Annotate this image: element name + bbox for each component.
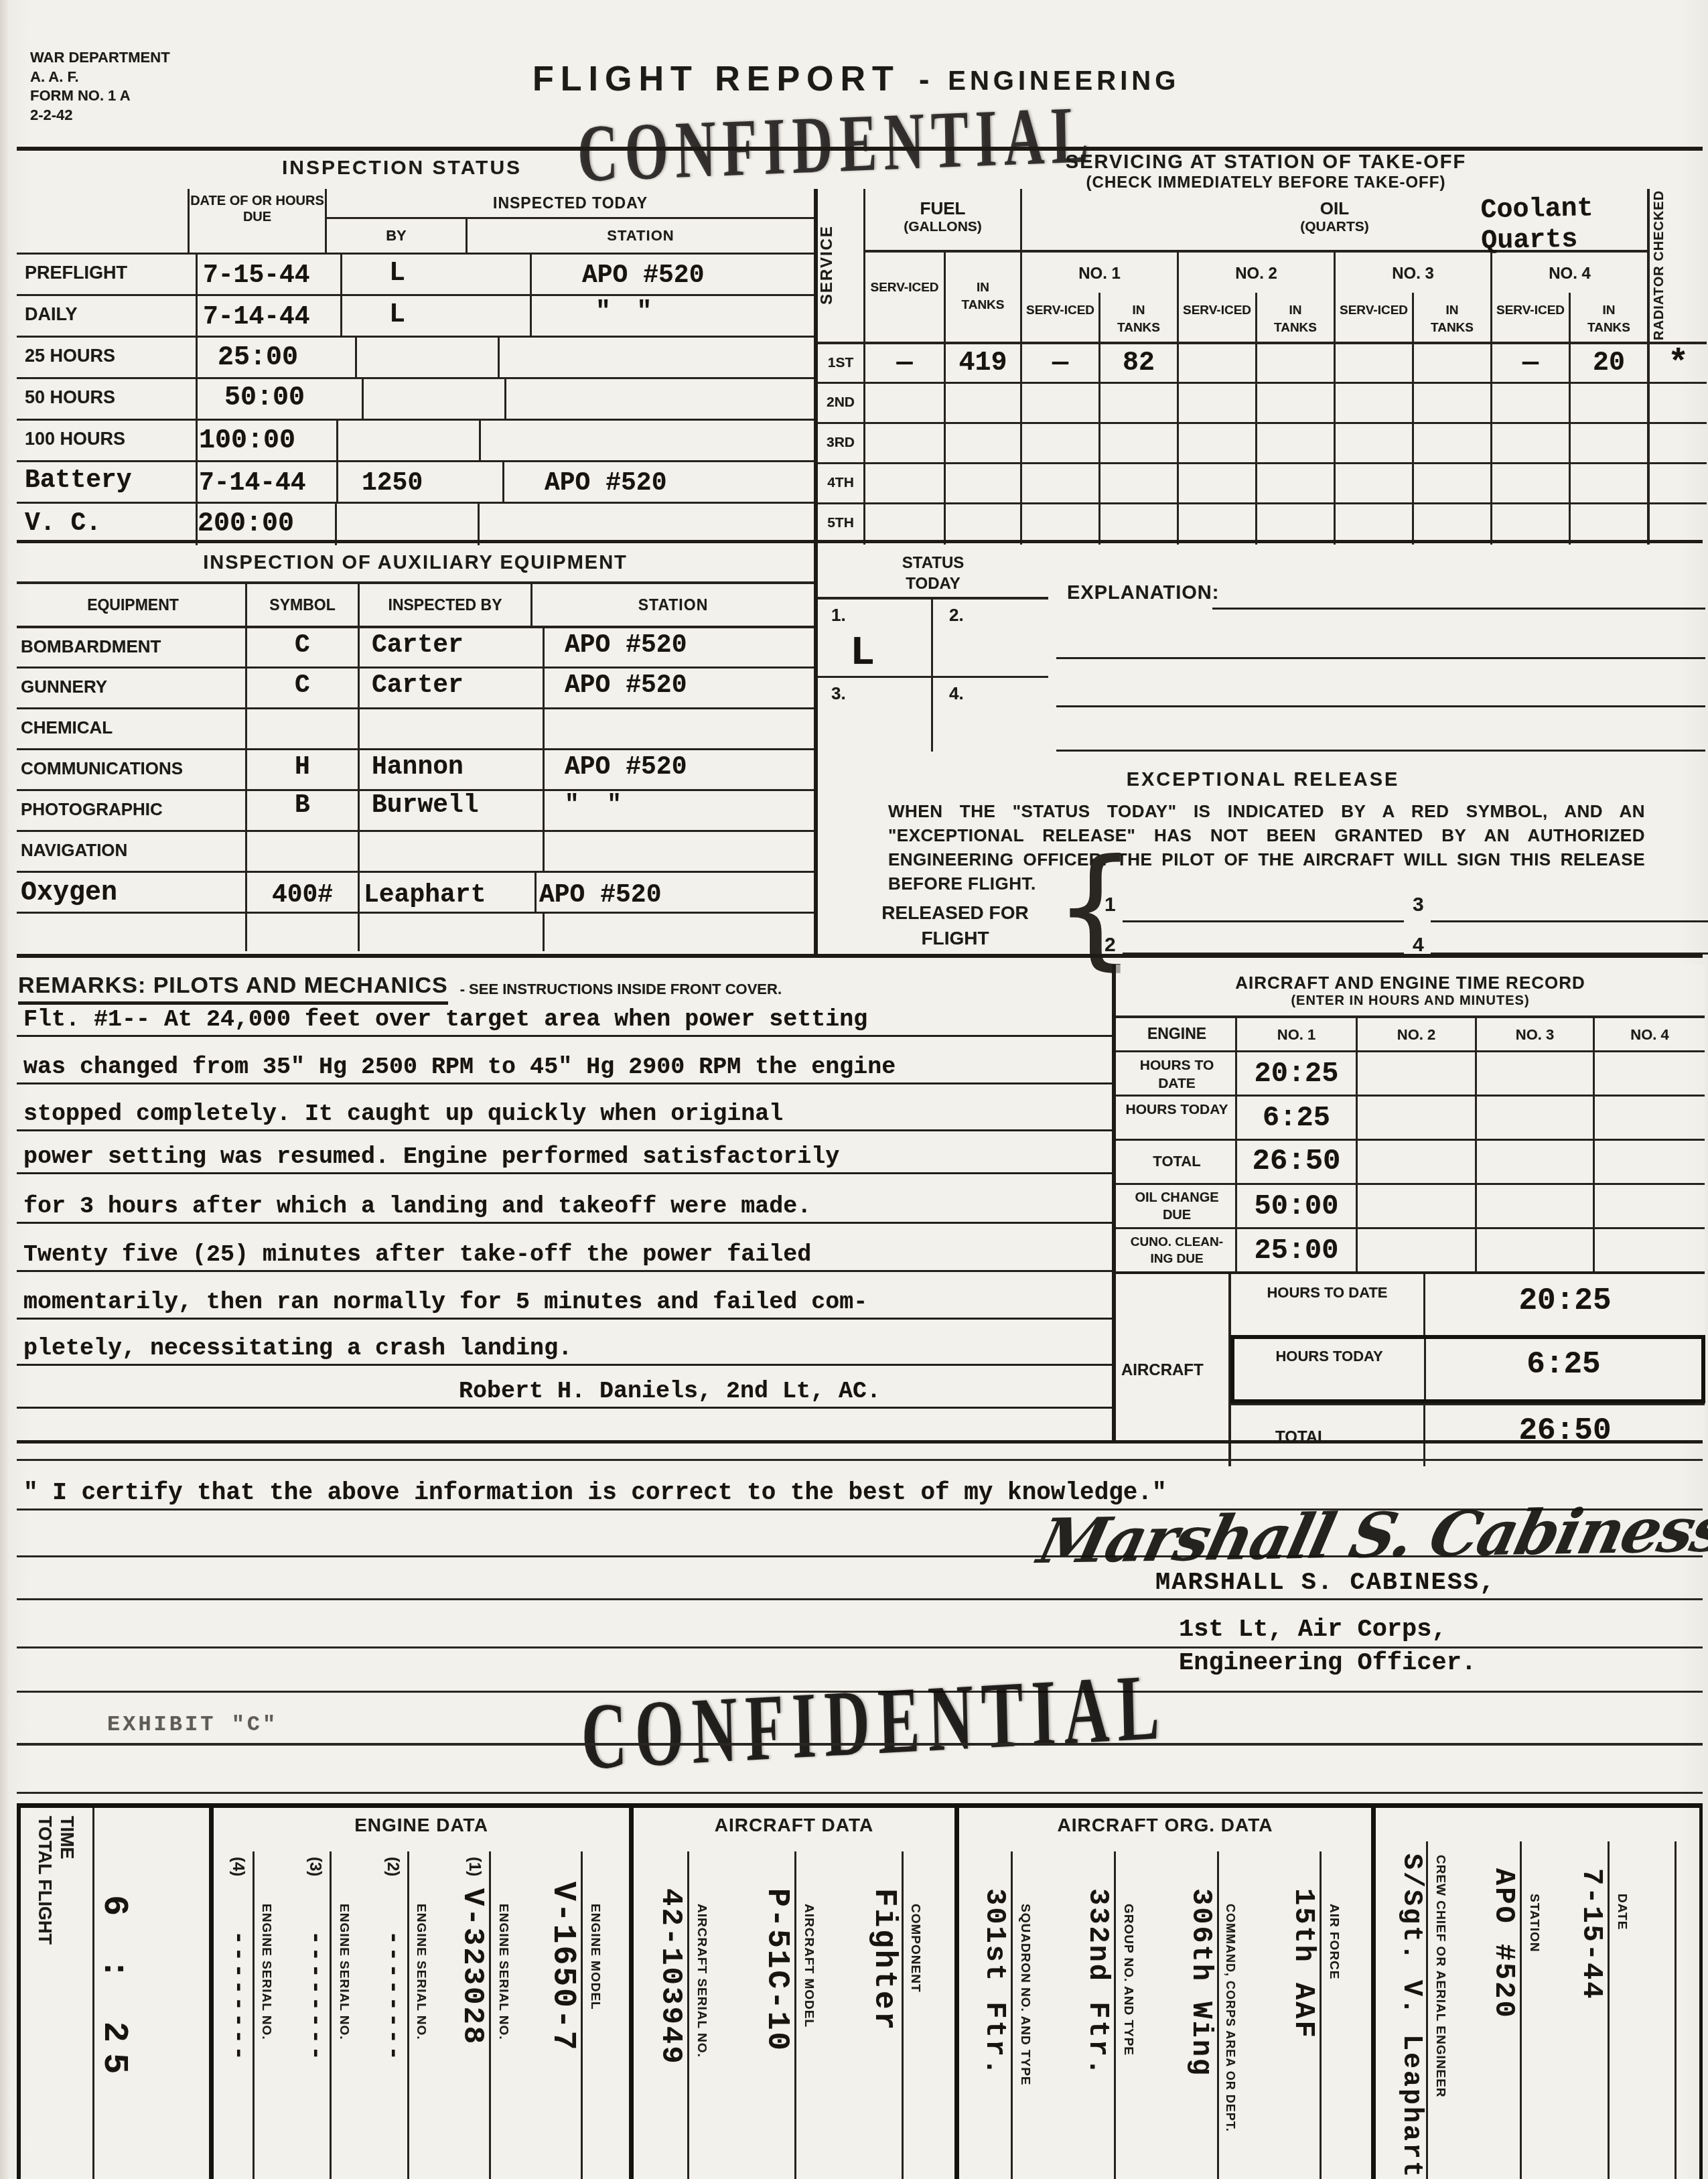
bottom-data-table: TOTAL FLIGHT TIME 6 : 25 ENGINE DATA (4)…: [17, 1803, 1703, 2179]
form-agency-block: WAR DEPARTMENT A. A. F. FORM NO. 1 A 2-2…: [30, 48, 170, 125]
aircraft-label: AIRCRAFT: [1116, 1274, 1228, 1466]
ruled-line: [17, 1743, 1703, 1746]
status-quadrant-1: 1. L: [818, 600, 933, 676]
field-aircraft-model: P-51C-10 AIRCRAFT MODEL: [741, 1851, 848, 2179]
field-squadron: 301st Ftr. SQUADRON NO. AND TYPE: [959, 1851, 1062, 2179]
table-row: PHOTOGRAPHIC B Burwell " ": [17, 789, 814, 832]
field-engine-model: V-1650-7 ENGINE MODEL: [532, 1851, 629, 2179]
col-header-serviced: SERV-ICED: [1490, 293, 1569, 342]
servicing-title: SERVICING AT STATION OF TAKE-OFF: [1005, 151, 1527, 173]
table-row: 4TH: [818, 462, 1707, 504]
ruled-line: Robert H. Daniels, 2nd Lt, AC.: [17, 1407, 1112, 1409]
table-row: GUNNERY C Carter APO #520: [17, 666, 814, 709]
write-line: [1212, 608, 1705, 610]
write-line: [1056, 705, 1705, 707]
col-header-radiator: RADIATOR CHECKED: [1647, 189, 1707, 342]
agency-line: 2-2-42: [30, 106, 170, 125]
inspection-status-table: DATE OF OR HOURS DUE INSPECTED TODAY BY …: [17, 189, 814, 543]
table-row: NAVIGATION: [17, 830, 814, 873]
field-command: 306th Wing COMMAND, CORPS AREA OR DEPT.: [1165, 1851, 1269, 2179]
auxiliary-table: EQUIPMENT SYMBOL INSPECTED BY STATION BO…: [17, 581, 814, 949]
auxiliary-title: INSPECTION OF AUXILIARY EQUIPMENT: [100, 552, 730, 574]
certification-statement: " I certify that the above information i…: [23, 1479, 1167, 1506]
col-header-inspected-today: INSPECTED TODAY: [325, 189, 814, 219]
table-row: TOTAL 26:50: [1116, 1139, 1705, 1183]
field-engine-serial-3: (3)-------- ENGINE SERIAL NO.: [291, 1851, 368, 2179]
ruled-line: [17, 1792, 1703, 1794]
ruled-line: was changed from 35" Hg 2500 RPM to 45" …: [17, 1082, 1112, 1084]
status-quadrants: 1. L 2. 3. 4.: [818, 600, 1048, 752]
status-quadrant-3: 3.: [818, 676, 933, 752]
explanation-box: EXPLANATION:: [1048, 543, 1708, 752]
table-header-row: ENGINE NO. 1 NO. 2 NO. 3 NO. 4: [1116, 1015, 1705, 1050]
inspection-status-title: INSPECTION STATUS: [201, 157, 603, 180]
aircraft-data-title: AIRCRAFT DATA: [634, 1808, 954, 1851]
time-record-subtitle: (ENTER IN HOURS AND MINUTES): [1116, 993, 1705, 1009]
col-header-serviced: SERV-ICED: [1177, 293, 1255, 342]
crew-station-date-group: S/Sgt. V. Leaphart CREW CHIEF OR AERIAL …: [1376, 1808, 1699, 2179]
table-row: COMMUNICATIONS H Hannon APO #520: [17, 748, 814, 791]
remarks-title: REMARKS: PILOTS AND MECHANICS: [18, 973, 448, 1005]
ruled-line: power setting was resumed. Engine perfor…: [17, 1172, 1112, 1174]
confidential-stamp-bottom: CONFIDENTIAL: [580, 1653, 1168, 1792]
col-header-serviced: SERV-ICED: [863, 253, 944, 342]
table-row: V. C. 200:00: [17, 502, 814, 545]
table-row: CUNO. CLEAN-ING DUE 25:00: [1116, 1227, 1705, 1271]
table-row: 100 HOURS 100:00: [17, 419, 814, 462]
status-today-box: STATUS TODAY 1. L 2. 3. 4.: [814, 543, 1048, 752]
signer-rank: 1st Lt, Air Corps,: [1179, 1616, 1447, 1644]
col-header-in-tanks: IN TANKS: [1412, 293, 1490, 342]
aircraft-data-group: AIRCRAFT DATA 42-103949 AIRCRAFT SERIAL …: [634, 1808, 959, 2179]
remarks-signature: Robert H. Daniels, 2nd Lt, AC.: [459, 1378, 881, 1405]
col-header-engine-4: NO. 4: [1490, 253, 1647, 293]
signature-cursive: Marshall S. Cabiness: [1031, 1493, 1708, 1577]
table-row: OIL CHANGE DUE 50:00: [1116, 1183, 1705, 1227]
agency-line: FORM NO. 1 A: [30, 86, 170, 106]
field-engine-serial-1: (1)V-323028 ENGINE SERIAL NO.: [445, 1851, 532, 2179]
exceptional-release-box: EXCEPTIONAL RELEASE WHEN THE "STATUS TOD…: [814, 752, 1708, 957]
remarks-note: - SEE INSTRUCTIONS INSIDE FRONT COVER.: [460, 981, 782, 1005]
exceptional-release-title: EXCEPTIONAL RELEASE: [818, 769, 1708, 791]
release-line-number: 2: [1105, 934, 1116, 957]
col-header-serviced: SERV-ICED: [1020, 293, 1098, 342]
engine-data-title: ENGINE DATA: [214, 1808, 629, 1851]
ruled-line: pletely, necessitating a crash landing.: [17, 1364, 1112, 1366]
ruled-line: momentarily, then ran normally for 5 min…: [17, 1318, 1112, 1320]
release-line-number: 3: [1413, 894, 1424, 916]
col-header-by: BY: [325, 219, 466, 253]
table-row-boxed: HOURS TODAY 6:25: [1230, 1335, 1705, 1404]
ruled-line: stopped completely. It caught up quickly…: [17, 1129, 1112, 1131]
field-empty: [1651, 1841, 1699, 2179]
page-title: FLIGHT REPORT: [532, 59, 900, 99]
field-aircraft-serial: 42-103949 AIRCRAFT SERIAL NO.: [634, 1851, 741, 2179]
table-row: PREFLIGHT 7-15-44 L APO #520: [17, 253, 814, 296]
table-row: 1ST — 419 — 82 — 20 *: [818, 342, 1707, 384]
aircraft-org-data-title: AIRCRAFT ORG. DATA: [959, 1808, 1371, 1851]
field-air-force: 15th AAF AIR FORCE: [1268, 1851, 1371, 2179]
time-record-title: AIRCRAFT AND ENGINE TIME RECORD: [1116, 965, 1705, 993]
rule: [17, 147, 1703, 151]
col-header-in-tanks: IN TANKS: [944, 253, 1020, 342]
remarks-section: REMARKS: PILOTS AND MECHANICS - SEE INST…: [17, 958, 1112, 1440]
status-entry: L: [850, 629, 875, 677]
field-station: APO #520 STATION: [1476, 1841, 1564, 2179]
table-row: 5TH: [818, 502, 1707, 545]
status-today-title: STATUS TODAY: [889, 553, 977, 594]
col-header-date: DATE OF OR HOURS DUE: [188, 189, 325, 253]
servicing-table: SERVICE FUEL (GALLONS) OIL (QUARTS) Cool…: [814, 189, 1707, 543]
field-crew-chief: S/Sgt. V. Leaphart CREW CHIEF OR AERIAL …: [1376, 1841, 1476, 2179]
signer-role: Engineering Officer.: [1179, 1649, 1476, 1677]
table-row: TOTAL 26:50: [1231, 1403, 1705, 1466]
ruled-line: [17, 1459, 1703, 1461]
field-component: Fighter COMPONENT: [847, 1851, 954, 2179]
table-row: HOURS TODAY 6:25: [1116, 1095, 1705, 1139]
status-quadrant-4: 4.: [933, 676, 1048, 752]
col-header-engine-1: NO. 1: [1020, 253, 1177, 293]
table-row: BOMBARDMENT C Carter APO #520: [17, 626, 814, 669]
table-row: HOURS TO DATE 20:25: [1231, 1274, 1705, 1335]
remarks-title-row: REMARKS: PILOTS AND MECHANICS - SEE INST…: [18, 973, 782, 1005]
table-row: CHEMICAL: [17, 707, 814, 750]
col-header-station: STATION: [466, 219, 814, 253]
explanation-label: EXPLANATION:: [1067, 582, 1219, 604]
col-header-service: SERVICE: [818, 189, 863, 342]
release-line-number: 1: [1105, 894, 1116, 916]
write-line: [1056, 657, 1705, 659]
ruled-line: Twenty five (25) minutes after take-off …: [17, 1270, 1112, 1272]
table-row: 2ND: [818, 382, 1707, 424]
table-row: HOURS TO DATE 20:25: [1116, 1050, 1705, 1095]
exceptional-release-body: WHEN THE "STATUS TODAY" IS INDICATED BY …: [888, 800, 1645, 896]
engine-data-group: ENGINE DATA (4)-------- ENGINE SERIAL NO…: [214, 1808, 634, 2179]
time-record-box: AIRCRAFT AND ENGINE TIME RECORD (ENTER I…: [1112, 965, 1705, 1442]
ruled-line: for 3 hours after which a landing and ta…: [17, 1222, 1112, 1224]
table-row: DAILY 7-14-44 L " ": [17, 294, 814, 338]
table-row: 3RD: [818, 422, 1707, 464]
col-header-engine-3: NO. 3: [1334, 253, 1490, 293]
agency-line: WAR DEPARTMENT: [30, 48, 170, 68]
exhibit-label: EXHIBIT "C": [107, 1712, 278, 1737]
release-line-number: 4: [1413, 934, 1424, 957]
col-header-fuel: FUEL (GALLONS): [863, 189, 1020, 253]
signer-name: MARSHALL S. CABINESS,: [1155, 1569, 1496, 1597]
table-row: 50 HOURS 50:00: [17, 377, 814, 421]
servicing-title-block: SERVICING AT STATION OF TAKE-OFF (CHECK …: [1005, 151, 1527, 192]
flight-report-form: WAR DEPARTMENT A. A. F. FORM NO. 1 A 2-2…: [0, 0, 1708, 2179]
table-header-row: EQUIPMENT SYMBOL INSPECTED BY STATION: [17, 581, 814, 628]
total-flight-time-value: 6 : 25: [94, 1808, 174, 2179]
ruled-line: [17, 1646, 1703, 1648]
signature-line: [1431, 920, 1708, 922]
total-flight-time-group: TOTAL FLIGHT TIME 6 : 25: [21, 1808, 214, 2179]
signature-line: [1123, 920, 1404, 922]
table-row: Oxygen 400# Leaphart APO #520: [17, 871, 814, 914]
col-header-engine-2: NO. 2: [1177, 253, 1334, 293]
field-engine-serial-2: (2)-------- ENGINE SERIAL NO.: [368, 1851, 445, 2179]
total-flight-time-label: TOTAL FLIGHT TIME: [21, 1808, 78, 1970]
table-row: Battery 7-14-44 1250 APO #520: [17, 460, 814, 504]
radiator-checked-mark: *: [1647, 344, 1707, 384]
field-engine-serial-4: (4)-------- ENGINE SERIAL NO.: [214, 1851, 291, 2179]
ruled-line: [17, 1598, 1703, 1600]
col-header-in-tanks: IN TANKS: [1569, 293, 1647, 342]
released-for-flight-label: RELEASED FOR FLIGHT: [878, 900, 1032, 951]
col-header-in-tanks: IN TANKS: [1255, 293, 1334, 342]
coolant-handwritten-note: Coolant Quarts: [1480, 193, 1649, 257]
aircraft-time-subtable: AIRCRAFT HOURS TO DATE 20:25 HOURS TODAY…: [1116, 1271, 1705, 1466]
agency-line: A. A. F.: [30, 68, 170, 87]
field-group: 332nd Ftr. GROUP NO. AND TYPE: [1062, 1851, 1165, 2179]
col-header-serviced: SERV-ICED: [1334, 293, 1412, 342]
table-row: 25 HOURS 25:00: [17, 336, 814, 379]
status-quadrant-2: 2.: [933, 600, 1048, 676]
field-date: 7-15-44 DATE: [1564, 1841, 1652, 2179]
aircraft-org-data-group: AIRCRAFT ORG. DATA 301st Ftr. SQUADRON N…: [959, 1808, 1376, 2179]
table-row: [17, 912, 814, 951]
rule: [17, 1440, 1703, 1444]
col-header-in-tanks: IN TANKS: [1098, 293, 1177, 342]
ruled-line: Flt. #1-- At 24,000 feet over target are…: [17, 1035, 1112, 1037]
